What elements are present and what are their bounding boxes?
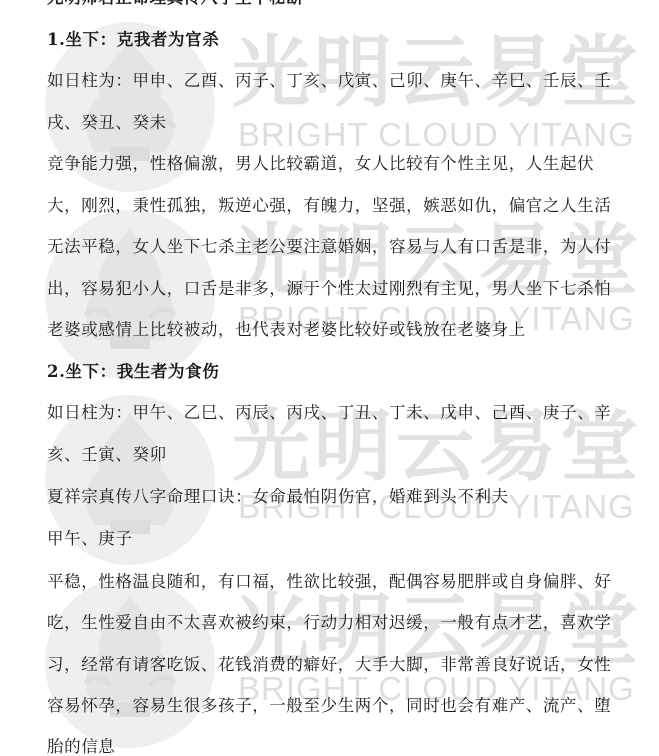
document-page: 光明云易堂 BRIGHT CLOUD YITANG 光明云易堂 BRIGHT C… bbox=[0, 0, 659, 756]
section2-desc-line: 吃，生性爱自由不太喜欢被约束，行动力相对迟缓，一般有点才艺，喜欢学 bbox=[47, 613, 611, 633]
section2-heading: 2.坐下：我生者为食伤 bbox=[47, 362, 219, 382]
section1-desc-line: 无法平稳，女人坐下七杀主老公要注意婚姻，容易与人有口舌是非，为人付 bbox=[47, 237, 611, 257]
section1-desc-line: 出，容易犯小人，口舌是非多，源于个性太过刚烈有主见，男人坐下七杀怕 bbox=[47, 279, 611, 299]
section1-heading: 1.坐下：克我者为官杀 bbox=[47, 30, 219, 50]
section1-desc-line: 竞争能力强，性格偏激，男人比较霸道，女人比较有个性主见，人生起伏 bbox=[47, 154, 594, 174]
document-title: 光明师君正命理真传八字坐下秘断 bbox=[47, 0, 304, 8]
section2-desc-line: 容易怀孕，容易生很多孩子，一般至少生两个，同时也会有难产、流产、堕 bbox=[47, 696, 611, 716]
section2-desc-line: 平稳，性格温良随和，有口福，性欲比较强，配偶容易肥胖或自身偏胖、好 bbox=[47, 572, 611, 592]
section2-examples-line2: 亥、壬寅、癸卯 bbox=[47, 445, 167, 465]
section2-desc-line: 习，经常有请客吃饭、花钱消费的癖好，大手大脚，非常善良好说话，女性 bbox=[47, 655, 611, 675]
section2-special-pillars: 甲午、庚子 bbox=[47, 529, 133, 549]
section1-desc-line: 大，刚烈，秉性孤独，叛逆心强，有魄力，坚强，嫉恶如仇，偏官之人生活 bbox=[47, 196, 611, 216]
watermark-brand-en: BRIGHT CLOUD YITANG bbox=[238, 118, 635, 151]
section2-examples-line1: 如日柱为：甲午、乙巳、丙辰、丙戌、丁丑、丁未、戊申、己酉、庚子、辛 bbox=[47, 403, 611, 423]
section1-examples-line1: 如日柱为：甲申、乙酉、丙子、丁亥、戊寅、己卯、庚午、辛巳、壬辰、壬 bbox=[47, 71, 611, 91]
section2-desc-line: 胎的信息 bbox=[47, 737, 115, 756]
section2-oral-formula: 夏祥宗真传八字命理口诀：女命最怕阴伤官，婚难到头不利夫 bbox=[47, 487, 509, 507]
section1-desc-line: 老婆或感情上比较被动，也代表对老婆比较好或钱放在老婆身上 bbox=[47, 320, 526, 340]
section1-examples-line2: 戌、癸丑、癸未 bbox=[47, 113, 167, 133]
